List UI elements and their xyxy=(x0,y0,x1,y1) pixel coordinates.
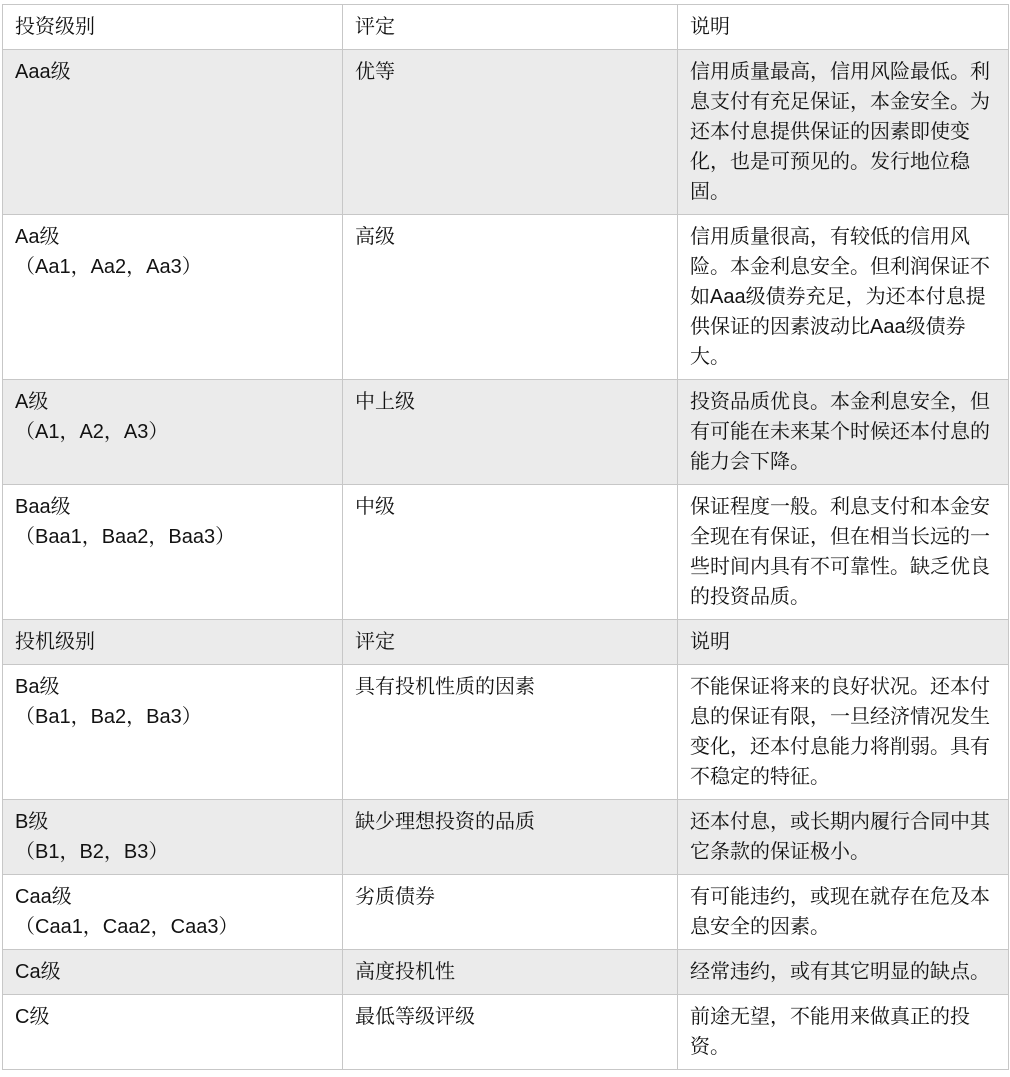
description-cell: 不能保证将来的良好状况。还本付息的保证有限，一旦经济情况发生变化，还本付息能力将… xyxy=(678,665,1009,800)
table-row-a: A级 （A1，A2，A3） 中上级 投资品质优良。本金利息安全，但有可能在未来某… xyxy=(3,380,1009,485)
rating-text: 中上级 xyxy=(355,387,665,417)
rating-text: 高级 xyxy=(355,222,665,252)
table-row-baa: Baa级 （Baa1，Baa2，Baa3） 中级 保证程度一般。利息支付和本金安… xyxy=(3,485,1009,620)
description-cell: 保证程度一般。利息支付和本金安全现在有保证，但在相当长远的一些时间内具有不可靠性… xyxy=(678,485,1009,620)
rating-text: 最低等级评级 xyxy=(355,1002,665,1032)
table-row-caa: Caa级 （Caa1，Caa2，Caa3） 劣质债券 有可能违约，或现在就存在危… xyxy=(3,875,1009,950)
grade-name: Aaa级 xyxy=(15,57,330,87)
rating-text: 高度投机性 xyxy=(355,957,665,987)
grade-cell: Aaa级 xyxy=(3,50,343,215)
description-cell: 前途无望，不能用来做真正的投资。 xyxy=(678,995,1009,1070)
grade-modifiers: （B1，B2，B3） xyxy=(15,837,330,867)
grade-cell: Caa级 （Caa1，Caa2，Caa3） xyxy=(3,875,343,950)
description-text: 前途无望，不能用来做真正的投资。 xyxy=(690,1002,996,1062)
rating-cell: 具有投机性质的因素 xyxy=(343,665,678,800)
rating-text: 缺少理想投资的品质 xyxy=(355,807,665,837)
rating-cell: 高级 xyxy=(343,215,678,380)
grade-cell: Aa级 （Aa1，Aa2，Aa3） xyxy=(3,215,343,380)
rating-cell: 最低等级评级 xyxy=(343,995,678,1070)
description-text: 信用质量很高，有较低的信用风险。本金利息安全。但利润保证不如Aaa级债券充足，为… xyxy=(690,222,996,372)
grade-header-label: 投机级别 xyxy=(15,627,330,657)
grade-name: Aa级 xyxy=(15,222,330,252)
description-cell: 信用质量很高，有较低的信用风险。本金利息安全。但利润保证不如Aaa级债券充足，为… xyxy=(678,215,1009,380)
rating-cell: 优等 xyxy=(343,50,678,215)
grade-cell: Baa级 （Baa1，Baa2，Baa3） xyxy=(3,485,343,620)
grade-name: B级 xyxy=(15,807,330,837)
description-text: 保证程度一般。利息支付和本金安全现在有保证，但在相当长远的一些时间内具有不可靠性… xyxy=(690,492,996,612)
grade-header-label: 投资级别 xyxy=(15,12,330,42)
rating-text: 中级 xyxy=(355,492,665,522)
rating-text: 优等 xyxy=(355,57,665,87)
description-cell: 还本付息，或长期内履行合同中其它条款的保证极小。 xyxy=(678,800,1009,875)
table-row-ca: Ca级 高度投机性 经常违约，或有其它明显的缺点。 xyxy=(3,950,1009,995)
description-cell: 有可能违约，或现在就存在危及本息安全的因素。 xyxy=(678,875,1009,950)
description-header-label: 说明 xyxy=(690,12,996,42)
description-text: 还本付息，或长期内履行合同中其它条款的保证极小。 xyxy=(690,807,996,867)
rating-header-cell: 评定 xyxy=(343,5,678,50)
grade-name: Ca级 xyxy=(15,957,330,987)
grade-name: Baa级 xyxy=(15,492,330,522)
grade-name: Ba级 xyxy=(15,672,330,702)
credit-rating-table: 投资级别 评定 说明 Aaa级 优等 信用质量最高，信用风险最低。利息支付有充足… xyxy=(2,4,1009,1070)
grade-cell: A级 （A1，A2，A3） xyxy=(3,380,343,485)
description-cell: 投资品质优良。本金利息安全，但有可能在未来某个时候还本付息的能力会下降。 xyxy=(678,380,1009,485)
table-row-ba: Ba级 （Ba1，Ba2，Ba3） 具有投机性质的因素 不能保证将来的良好状况。… xyxy=(3,665,1009,800)
grade-header-cell: 投机级别 xyxy=(3,620,343,665)
rating-cell: 中上级 xyxy=(343,380,678,485)
table-row-aa: Aa级 （Aa1，Aa2，Aa3） 高级 信用质量很高，有较低的信用风险。本金利… xyxy=(3,215,1009,380)
description-text: 投资品质优良。本金利息安全，但有可能在未来某个时候还本付息的能力会下降。 xyxy=(690,387,996,477)
rating-header-cell: 评定 xyxy=(343,620,678,665)
rating-text: 具有投机性质的因素 xyxy=(355,672,665,702)
grade-modifiers: （Aa1，Aa2，Aa3） xyxy=(15,252,330,282)
grade-modifiers: （Ba1，Ba2，Ba3） xyxy=(15,702,330,732)
description-header-cell: 说明 xyxy=(678,5,1009,50)
table-row-aaa: Aaa级 优等 信用质量最高，信用风险最低。利息支付有充足保证，本金安全。为还本… xyxy=(3,50,1009,215)
description-text: 有可能违约，或现在就存在危及本息安全的因素。 xyxy=(690,882,996,942)
grade-cell: Ca级 xyxy=(3,950,343,995)
header-row-speculative: 投机级别 评定 说明 xyxy=(3,620,1009,665)
grade-modifiers: （A1，A2，A3） xyxy=(15,417,330,447)
grade-name: Caa级 xyxy=(15,882,330,912)
grade-modifiers: （Caa1，Caa2，Caa3） xyxy=(15,912,330,942)
grade-modifiers: （Baa1，Baa2，Baa3） xyxy=(15,522,330,552)
grade-cell: C级 xyxy=(3,995,343,1070)
description-text: 不能保证将来的良好状况。还本付息的保证有限，一旦经济情况发生变化，还本付息能力将… xyxy=(690,672,996,792)
grade-name: A级 xyxy=(15,387,330,417)
description-header-cell: 说明 xyxy=(678,620,1009,665)
rating-cell: 高度投机性 xyxy=(343,950,678,995)
grade-cell: B级 （B1，B2，B3） xyxy=(3,800,343,875)
grade-name: C级 xyxy=(15,1002,330,1032)
description-cell: 经常违约，或有其它明显的缺点。 xyxy=(678,950,1009,995)
table-row-b: B级 （B1，B2，B3） 缺少理想投资的品质 还本付息，或长期内履行合同中其它… xyxy=(3,800,1009,875)
grade-cell: Ba级 （Ba1，Ba2，Ba3） xyxy=(3,665,343,800)
rating-cell: 中级 xyxy=(343,485,678,620)
rating-cell: 缺少理想投资的品质 xyxy=(343,800,678,875)
rating-text: 劣质债券 xyxy=(355,882,665,912)
rating-header-label: 评定 xyxy=(355,12,665,42)
description-header-label: 说明 xyxy=(690,627,996,657)
rating-cell: 劣质债券 xyxy=(343,875,678,950)
description-cell: 信用质量最高，信用风险最低。利息支付有充足保证，本金安全。为还本付息提供保证的因… xyxy=(678,50,1009,215)
table-row-c: C级 最低等级评级 前途无望，不能用来做真正的投资。 xyxy=(3,995,1009,1070)
description-text: 信用质量最高，信用风险最低。利息支付有充足保证，本金安全。为还本付息提供保证的因… xyxy=(690,57,996,207)
page: 投资级别 评定 说明 Aaa级 优等 信用质量最高，信用风险最低。利息支付有充足… xyxy=(0,0,1010,1077)
header-row-investment: 投资级别 评定 说明 xyxy=(3,5,1009,50)
grade-header-cell: 投资级别 xyxy=(3,5,343,50)
rating-header-label: 评定 xyxy=(355,627,665,657)
description-text: 经常违约，或有其它明显的缺点。 xyxy=(690,957,996,987)
